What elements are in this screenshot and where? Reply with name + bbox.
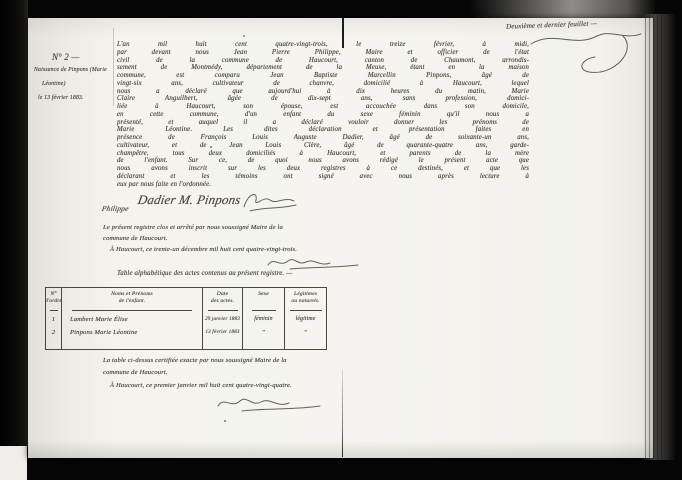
act-line: présence de François Louis Auguste Dadie… [117, 134, 529, 142]
act-line: Claire Anguilbert, âgée de dix-sept ans,… [117, 95, 529, 103]
header-rule [252, 310, 276, 311]
table-col-legitimacy: Légitimes ou naturels. légitime ″ [285, 288, 326, 349]
closing-line1: Le présent registre clos et arrêté par n… [103, 224, 283, 231]
act-line: Marie Léontine. Les dites déclaration et… [117, 126, 529, 134]
register-page: Deuxième et dernier feuillet — N° 2 — Na… [28, 18, 653, 458]
signature-philippe: Philippe [101, 204, 129, 213]
margin-note-line1: Naissance de Pinpons (Marie [34, 66, 118, 74]
header-bottom: ou naturels. [291, 298, 319, 305]
alphabetical-table: N° d'ordre 1 2 Noms et Prénoms de l'enfa… [45, 287, 327, 350]
table-col-date: Date des actes. 29 janvier 1883 13 févri… [203, 288, 243, 349]
certification-line3: À Haucourt, ce premier janvier mil huit … [110, 382, 292, 389]
act-line: L'an mil huit cent quatre-vingt-trois, l… [117, 41, 529, 49]
act-line: liée à Haucourt, son épouse, est accouch… [117, 103, 529, 111]
scanned-register-image: Deuxième et dernier feuillet — N° 2 — Na… [0, 0, 682, 480]
header-bottom: des actes. [211, 298, 234, 305]
header-rule [208, 310, 238, 311]
col-header: Noms et Prénoms de l'enfant. [62, 288, 202, 313]
col-header: N° d'ordre [46, 288, 61, 313]
cell-legit-2-ditto: ″ [285, 326, 326, 339]
header-bottom: d'ordre [45, 298, 62, 305]
signature-dadier-pinpons: Dadier M. Pinpons [137, 192, 242, 208]
closing-line2: commune de Haucourt. [103, 235, 168, 242]
act-line: commune, est comparu Jean Baptiste Marce… [117, 72, 529, 80]
act-line: en cette commune, d'un enfant du sexe fé… [117, 111, 529, 119]
table-col-sex: Sexe féminin ″ [243, 288, 285, 349]
table-col-names: Noms et Prénoms de l'enfant. Lambert Mar… [62, 288, 203, 349]
header-rule [290, 310, 322, 311]
col-header: Légitimes ou naturels. [285, 288, 326, 313]
paper-speck [224, 420, 226, 422]
closing-line3: À Haucourt, ce trente-un décembre mil hu… [110, 246, 297, 253]
header-rule [72, 310, 192, 311]
act-line: déclarant et les témoins ont signé avec … [117, 173, 529, 181]
cell-name-2: Pinpons Marie Léontine [62, 326, 202, 339]
cell-date-2: 13 février 1883 [203, 326, 242, 339]
cell-sex-1: féminin [243, 313, 284, 326]
cell-name-1: Lambert Marie Élise [62, 313, 202, 326]
cell-order-1: 1 [46, 313, 61, 326]
header-top: Sexe [258, 291, 269, 298]
center-fold-crease-bottom [342, 370, 343, 457]
act-line: vingt-six ans, cultivateur de chanvre, d… [117, 80, 529, 88]
act-line: de l'enfant. Sur ce, de quoi nous avons … [117, 157, 529, 165]
act-line: nous avons inscrit sur les deux registre… [117, 165, 529, 173]
birth-act-text: L'an mil huit cent quatre-vingt-trois, l… [117, 41, 529, 188]
act-line: par devant nous Jean Pierre Philippe, Ma… [117, 49, 529, 57]
act-number: N° 2 — [52, 52, 80, 62]
header-bottom: de l'enfant. [119, 298, 146, 305]
cell-order-2: 2 [46, 326, 61, 339]
table-col-order: N° d'ordre 1 2 [46, 288, 62, 349]
bottom-left-paper-corner [0, 446, 27, 480]
scanner-top-edge-glow [470, 0, 655, 19]
paper-speck [243, 35, 245, 37]
act-line: cultivateur, et de Jean Louis Clère, âgé… [117, 142, 529, 150]
table-title: Table alphabétique des actes contenus au… [117, 270, 292, 277]
act-line: civil de la commune de Haucourt, canton … [117, 57, 529, 65]
cell-date-1: 29 janvier 1883 [203, 313, 242, 326]
signature-flourish-mayor-2 [210, 393, 325, 415]
signature-flourish-witness [240, 189, 300, 215]
page-right-edge-streaks [642, 14, 676, 460]
margin-note-line2: Léontine) [42, 80, 118, 88]
signature-flourish-top-right [523, 26, 658, 86]
act-line: sement de Montmédy, département de la Me… [117, 64, 529, 72]
cell-sex-2-ditto: ″ [243, 326, 284, 339]
col-header: Sexe [243, 288, 284, 313]
book-binding-shadow [0, 0, 28, 447]
margin-note: Naissance de Pinpons (Marie Léontine) le… [34, 66, 118, 102]
margin-note-line3: le 13 février 1883. [38, 94, 118, 102]
act-line: eux par nous faite en l'ordonnée. [117, 181, 529, 189]
certification-line1: La table ci-dessus certifiée exacte par … [103, 357, 287, 364]
col-header: Date des actes. [203, 288, 242, 313]
header-rule [50, 310, 58, 311]
cell-legit-1: légitime [285, 313, 326, 326]
certification-line2: commune de Haucourt. [103, 369, 168, 376]
